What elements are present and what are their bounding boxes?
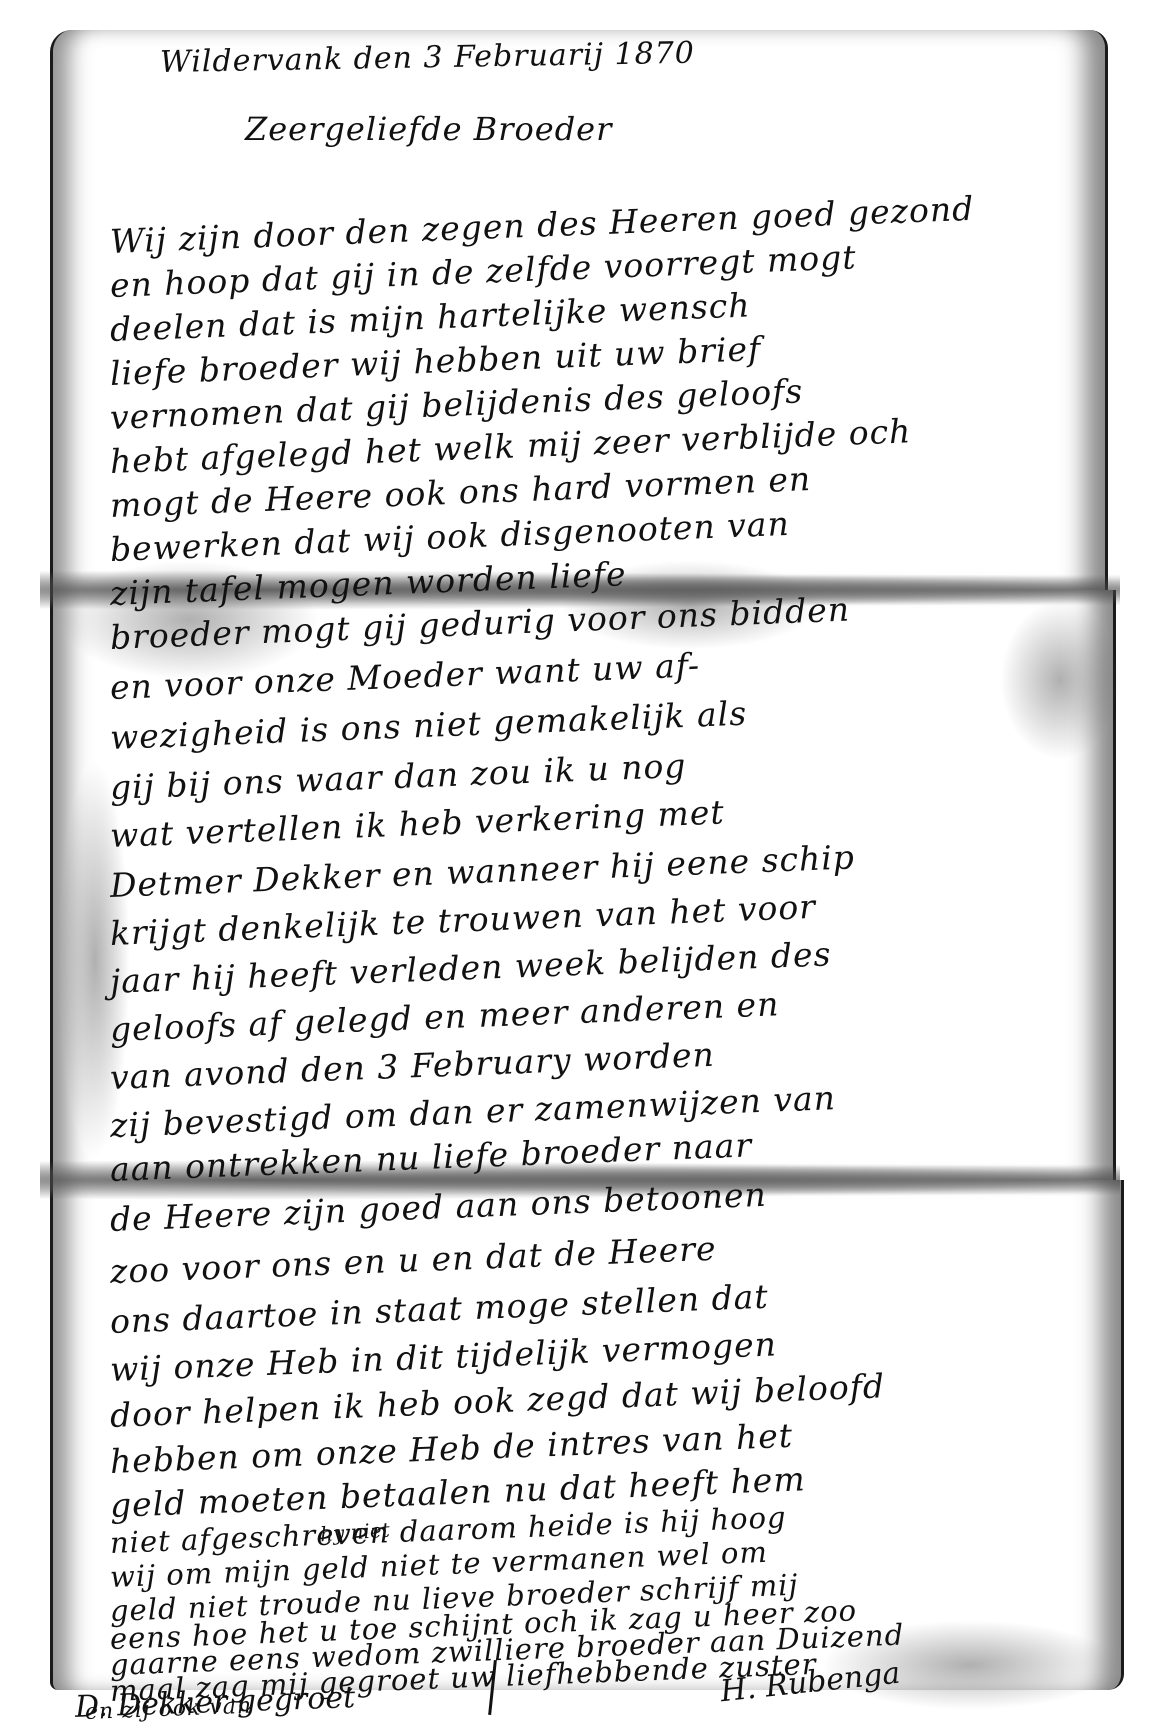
letter-salutation: Zeergeliefde Broeder bbox=[245, 110, 612, 148]
water-stain bbox=[1000, 600, 1120, 760]
scanned-letter-page: Wildervank den 3 Februarij 1870 Zeergeli… bbox=[0, 0, 1176, 1734]
interlinear-insert: hy niet bbox=[319, 1518, 390, 1547]
